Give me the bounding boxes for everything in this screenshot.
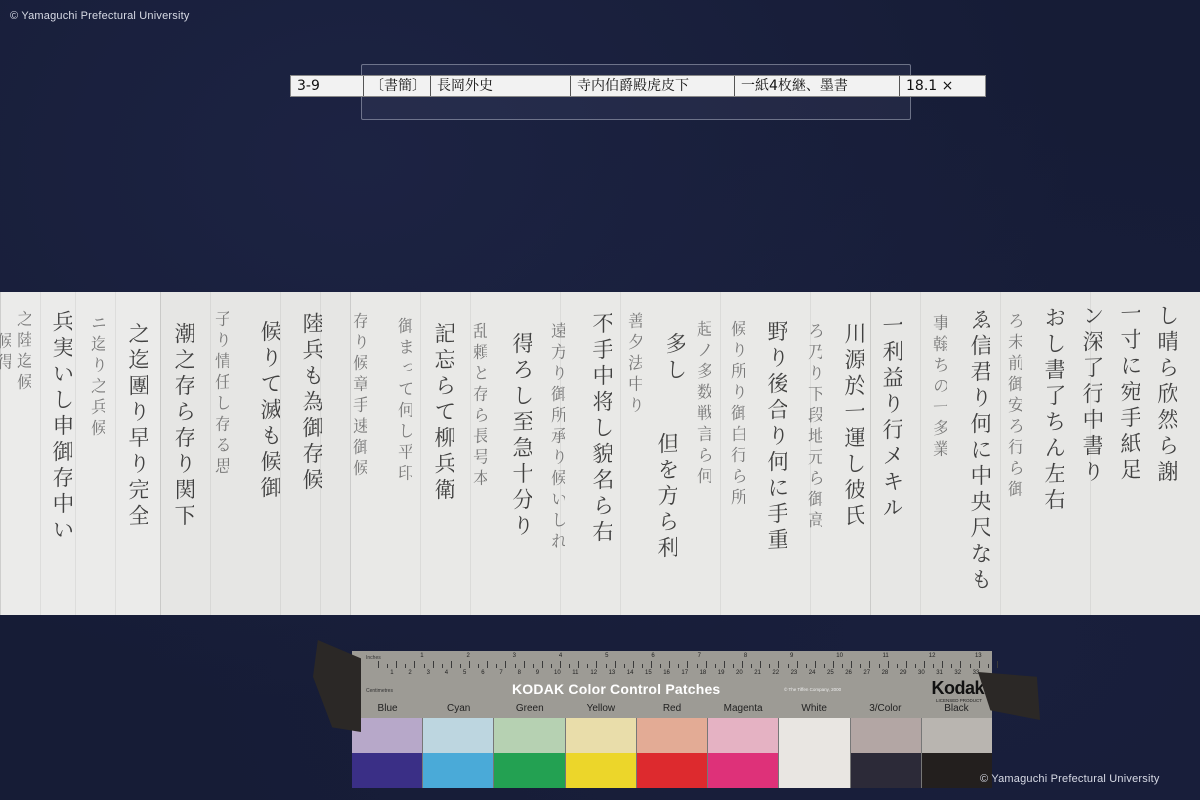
cm-mark: 27 bbox=[863, 670, 870, 676]
label-type: 〔書簡〕 bbox=[364, 76, 431, 96]
text-column: ニ迄り之兵候 bbox=[88, 314, 105, 595]
color-patch-blue bbox=[352, 718, 423, 788]
inch-mark: 3 bbox=[513, 653, 516, 659]
cm-mark: 28 bbox=[882, 670, 889, 676]
cm-mark: 26 bbox=[845, 670, 852, 676]
patch-label-3color: 3/Color bbox=[850, 703, 921, 714]
label-recipient: 寺内伯爵殿虎皮下 bbox=[571, 76, 735, 96]
text-column: 御まって何し平印 bbox=[395, 317, 412, 598]
color-patch-white bbox=[779, 718, 850, 788]
cm-mark: 19 bbox=[718, 670, 725, 676]
cm-mark: 2 bbox=[408, 670, 411, 676]
text-column: 候り所り御白行ら所 bbox=[728, 320, 745, 601]
cm-mark: 29 bbox=[900, 670, 907, 676]
cm-mark: 20 bbox=[736, 670, 743, 676]
text-column: 記忘らて柳兵衛 bbox=[432, 322, 454, 593]
color-patches bbox=[352, 718, 992, 788]
text-column: ン深了行中書り bbox=[1080, 304, 1102, 605]
color-patch-yellow bbox=[566, 718, 637, 788]
color-patch-green bbox=[494, 718, 565, 788]
text-column: 候得 bbox=[0, 332, 11, 533]
text-column: おし書了ちん左右 bbox=[1042, 306, 1064, 607]
cm-mark: 8 bbox=[518, 670, 521, 676]
text-column: 陸兵も為御存候 bbox=[300, 312, 322, 603]
text-column: ゑ信君り何に中央尺なも bbox=[968, 308, 990, 609]
cm-mark: 5 bbox=[463, 670, 466, 676]
patch-label-yellow: Yellow bbox=[565, 703, 636, 714]
text-column: 候りて滅も候御 bbox=[258, 320, 280, 601]
cm-mark: 23 bbox=[791, 670, 798, 676]
cm-mark: 12 bbox=[590, 670, 597, 676]
text-column: ろ乃り下段地元ら御高 bbox=[805, 322, 822, 603]
color-patch-red bbox=[637, 718, 708, 788]
patch-label-blue: Blue bbox=[352, 703, 423, 714]
color-patch-3color bbox=[851, 718, 922, 788]
cm-mark: 30 bbox=[918, 670, 925, 676]
ruler: Inches Centimetres 123456789101112131415… bbox=[352, 651, 992, 681]
cm-mark: 24 bbox=[809, 670, 816, 676]
patch-label-green: Green bbox=[494, 703, 565, 714]
text-column: 但を方ら利 bbox=[655, 432, 677, 583]
cm-mark: 1 bbox=[390, 670, 393, 676]
text-column: 事翰ちの一多業 bbox=[930, 314, 947, 605]
inch-mark: 5 bbox=[605, 653, 608, 659]
target-title: KODAK Color Control Patches bbox=[512, 681, 720, 697]
cm-mark: 33 bbox=[973, 670, 980, 676]
label-sender: 長岡外史 bbox=[431, 76, 571, 96]
inch-mark: 8 bbox=[744, 653, 747, 659]
inch-mark: 9 bbox=[790, 653, 793, 659]
cm-mark: 21 bbox=[754, 670, 761, 676]
label-item-number: 3-9 bbox=[291, 76, 364, 96]
cm-mark: 11 bbox=[572, 670, 578, 676]
inch-mark: 12 bbox=[929, 653, 936, 659]
text-column: 之陸迄候 bbox=[14, 310, 31, 591]
patch-label-cyan: Cyan bbox=[423, 703, 494, 714]
text-column: 多し bbox=[663, 332, 685, 413]
text-column: 善夕法中り bbox=[625, 312, 642, 513]
cm-mark: 6 bbox=[481, 670, 484, 676]
cm-mark: 22 bbox=[772, 670, 779, 676]
kodak-color-control-target: Inches Centimetres 123456789101112131415… bbox=[352, 651, 992, 788]
kodak-logo: Kodak bbox=[931, 678, 984, 699]
target-copyright: © The Tiffen Company, 2000 bbox=[784, 687, 841, 692]
inch-mark: 13 bbox=[975, 653, 982, 659]
patch-labels: Blue Cyan Green Yellow Red Magenta White… bbox=[352, 703, 992, 714]
text-column: 潮之存ら存り関下 bbox=[172, 322, 194, 603]
copyright-notice-top: © Yamaguchi Prefectural University bbox=[10, 10, 190, 22]
cm-mark: 32 bbox=[954, 670, 961, 676]
color-patch-cyan bbox=[423, 718, 494, 788]
inch-mark: 2 bbox=[466, 653, 469, 659]
inch-mark: 7 bbox=[698, 653, 701, 659]
patch-label-magenta: Magenta bbox=[708, 703, 779, 714]
text-column: 兵実いし申御存中い bbox=[50, 310, 72, 591]
cm-mark: 31 bbox=[936, 670, 943, 676]
text-column: 一寸に宛手紙足 bbox=[1118, 302, 1140, 603]
text-column: 起ノ多数戦言ら何 bbox=[694, 320, 711, 601]
cm-mark: 18 bbox=[700, 670, 707, 676]
text-column: 乱頼と存ら長号本 bbox=[470, 322, 487, 603]
cm-mark: 9 bbox=[536, 670, 539, 676]
text-column: 子り情任し存る思 bbox=[212, 310, 229, 591]
text-column: 之迄團り早り完全 bbox=[126, 322, 148, 603]
cm-mark: 25 bbox=[827, 670, 834, 676]
text-column: 存り候章手速御候 bbox=[350, 312, 367, 603]
text-column: 野り後合り何に手重 bbox=[765, 320, 787, 601]
catalog-label: 3-9 〔書簡〕 長岡外史 寺内伯爵殿虎皮下 一紙4枚継、墨書 18.1 × bbox=[290, 75, 986, 97]
cm-mark: 15 bbox=[645, 670, 652, 676]
cm-mark: 16 bbox=[663, 670, 670, 676]
patch-label-white: White bbox=[779, 703, 850, 714]
inch-mark: 1 bbox=[420, 653, 423, 659]
text-column: 遠方り御所承り候いしれ bbox=[548, 322, 565, 603]
patch-label-red: Red bbox=[636, 703, 707, 714]
text-column: ろ未前御安ろ行ら御 bbox=[1005, 312, 1022, 603]
inch-mark: 10 bbox=[836, 653, 843, 659]
patch-label-black: Black bbox=[921, 703, 992, 714]
inch-mark: 4 bbox=[559, 653, 562, 659]
cm-mark: 13 bbox=[609, 670, 616, 676]
text-column: 川源於一運し彼氏 bbox=[842, 322, 864, 603]
cm-mark: 4 bbox=[445, 670, 448, 676]
text-column: 不手中将し貌名ら右 bbox=[590, 312, 612, 603]
label-format: 一紙4枚継、墨書 bbox=[735, 76, 900, 96]
cm-mark: 7 bbox=[499, 670, 502, 676]
handwritten-letter-scroll: し晴ら欣然ら謝 一寸に宛手紙足 ン深了行中書り おし書了ちん左右 ろ未前御安ろ行… bbox=[0, 292, 1200, 615]
label-size: 18.1 × bbox=[900, 76, 985, 96]
inch-mark: 11 bbox=[883, 653, 889, 659]
centimetres-label: Centimetres bbox=[366, 688, 393, 694]
text-column: 得ろし至急十分り bbox=[510, 332, 532, 573]
inch-mark: 6 bbox=[651, 653, 654, 659]
copyright-notice-bottom: © Yamaguchi Prefectural University bbox=[980, 773, 1160, 785]
color-patch-magenta bbox=[708, 718, 779, 788]
cm-mark: 10 bbox=[554, 670, 561, 676]
text-column: し晴ら欣然ら謝 bbox=[1155, 304, 1177, 605]
text-column: 一利益り行メキル bbox=[880, 314, 902, 605]
cm-mark: 3 bbox=[427, 670, 430, 676]
cm-mark: 14 bbox=[627, 670, 634, 676]
cm-mark: 17 bbox=[681, 670, 688, 676]
